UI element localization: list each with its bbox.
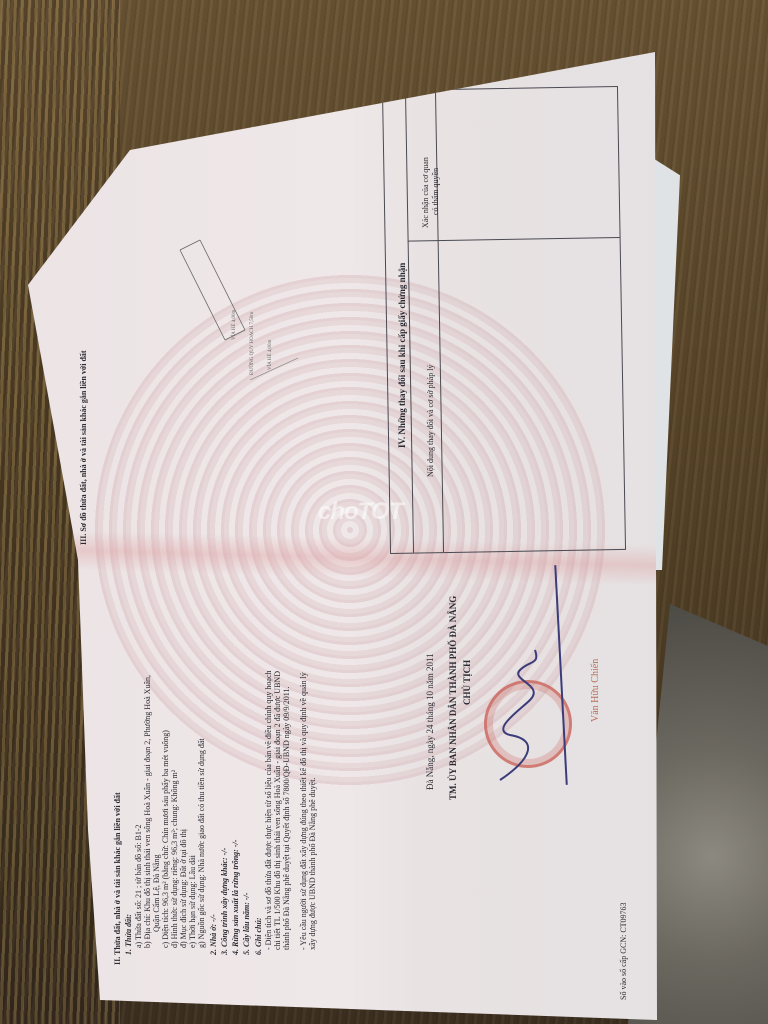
parcel-sketch [170,230,300,380]
signing-role: CHỦ TỊCH [462,660,473,705]
sketch-road-label: ĐƯỜNG QUY HOẠCH 7,50m [250,312,255,375]
section-two-title: II. Thửa đất, nhà ở và tài sản khác gắn … [112,792,123,965]
house-item: 2. Nhà ở: -/- [208,914,219,955]
land-origin: g) Nguồn gốc sử dụng: Nhà nước giao đất … [196,738,207,948]
forest-item: 4. Rừng sản xuất là rừng trồng: -/- [230,840,241,955]
note-1c: thành phố Đà Nẵng phê duyệt tại Quyết đị… [281,687,292,950]
certificate-number: Số vào sổ cấp GCN: CT09763 [618,902,629,1000]
signature-icon [490,640,550,790]
chotot-watermark: choTOT [318,498,402,526]
confirm-column-header-line2: có thẩm quyền [430,168,441,215]
sketch-sidewalk-label: VỈA HÈ 4,00m [232,310,237,340]
section-four-title: IV. Những thay đổi sau khi cấp giấy chứn… [397,263,408,448]
signer-name: Văn Hữu Chiến [590,659,601,722]
section-three-title: III. Sơ đồ thửa đất, nhà ở và tài sản kh… [78,350,89,545]
changes-column-header: Nội dung thay đổi và cơ sở pháp lý [425,365,436,477]
signing-date: Đà Nẵng, ngày 24 tháng 10 năm 2011 [425,653,436,790]
changes-table [382,86,626,554]
signing-authority: TM. ỦY BAN NHÂN DÂN THÀNH PHỐ ĐÀ NẴNG [448,596,459,800]
other-construction-item: 3. Công trình xây dựng khác: -/- [219,848,230,955]
sketch-sidewalk-label-2: VỈA HÈ 4,00m [268,340,273,370]
perennial-item: 5. Cây lâu năm: -/- [241,893,252,955]
note-2b: xây dựng được UBND thành phố Đà Nẵng phê… [307,778,318,950]
